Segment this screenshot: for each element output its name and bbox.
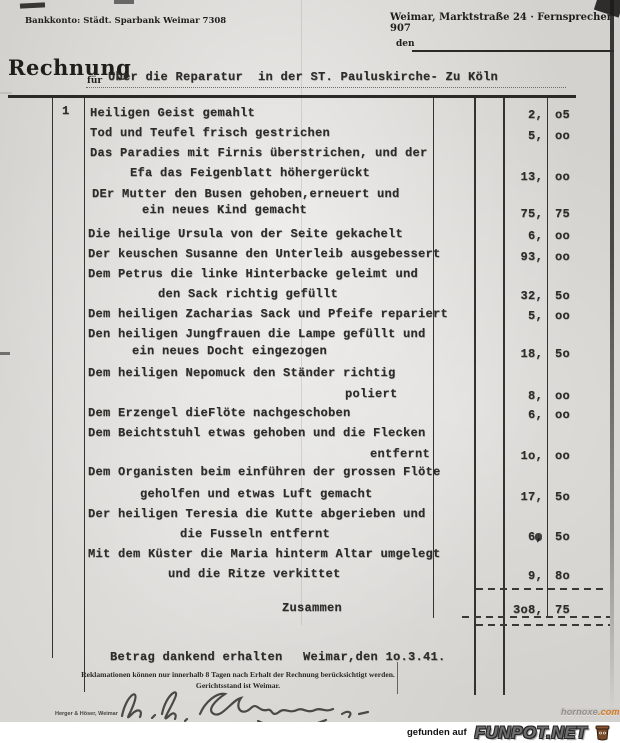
total-dashed-rule	[476, 624, 610, 626]
total-dashed-rule	[476, 588, 604, 590]
item-price-pfennig: oo	[555, 170, 591, 184]
scanned-invoice-page: Bankkonto: Städt. Sparbank Weimar 7308 W…	[0, 0, 620, 743]
item-price-mark: 5,	[479, 129, 543, 143]
scan-edge-shadow	[610, 0, 614, 712]
item-price-mark: 17,	[479, 490, 543, 504]
subject-underline	[86, 87, 566, 88]
item-line: Der heiligen Teresia die Kutte abgeriebe…	[88, 507, 426, 521]
item-line: Dem Petrus die linke Hinterbacke geleimt…	[88, 267, 418, 281]
item-line: poliert	[345, 387, 398, 401]
item-line: Das Paradies mit Firnis überstrichen, un…	[90, 146, 428, 160]
item-price-mark: 9,	[479, 569, 543, 583]
quantity-cell: 1	[62, 104, 70, 118]
item-price-pfennig: 5o	[555, 530, 591, 544]
item-line: die Fusseln entfernt	[180, 527, 330, 541]
item-price-pfennig: oo	[555, 229, 591, 243]
scan-fold-mark	[0, 352, 10, 355]
item-line: Die heilige Ursula von der Seite gekache…	[88, 227, 403, 241]
item-price-mark: 18,	[479, 347, 543, 361]
item-price-mark: 6,	[479, 530, 543, 544]
date-blank-line	[412, 50, 614, 52]
item-line: Efa das Feigenblatt höhergerückt	[130, 166, 370, 180]
table-column-rule	[474, 98, 476, 695]
scan-smudge-mark	[20, 2, 45, 8]
item-line: geholfen und etwas Luft gemacht	[140, 487, 373, 501]
table-column-rule	[547, 98, 548, 616]
item-price-mark: 2,	[479, 108, 543, 122]
table-column-rule	[52, 98, 53, 658]
item-line: Den heiligen Jungfrauen die Lampe gefüll…	[88, 327, 426, 341]
item-price-pfennig: o5	[555, 108, 591, 122]
printer-mark: Herger & Höser, Weimar	[55, 711, 118, 717]
item-price-mark: 32,	[479, 289, 543, 303]
item-line: und die Ritze verkittet	[168, 567, 341, 581]
item-line: Dem Beichtstuhl etwas gehoben und die Fl…	[88, 426, 426, 440]
funpot-mascot-icon	[595, 724, 610, 741]
paper-crease	[0, 92, 12, 94]
item-price-pfennig: oo	[555, 389, 591, 403]
item-price-pfennig: oo	[555, 250, 591, 264]
table-column-rule	[433, 98, 434, 618]
hornoxe-watermark: hornoxe.com	[561, 707, 620, 717]
date-label: den	[396, 39, 415, 49]
item-line: entfernt	[370, 447, 430, 461]
item-line: Tod und Teufel frisch gestrichen	[90, 126, 330, 140]
table-top-rule	[8, 95, 576, 98]
item-price-pfennig: oo	[555, 129, 591, 143]
item-price-mark: 6,	[479, 229, 543, 243]
scan-smudge-mark	[114, 0, 134, 4]
item-line: Dem Erzengel dieFlöte nachgeschoben	[88, 406, 351, 420]
item-price-pfennig: 5o	[555, 490, 591, 504]
funpot-logo: FUNPOT.NET	[475, 723, 587, 743]
item-price-pfennig: 5o	[555, 347, 591, 361]
place-date: Weimar,den 1o.3.41.	[303, 650, 446, 664]
item-line: ein neues Kind gemacht	[142, 203, 307, 217]
item-price-pfennig: oo	[555, 449, 591, 463]
item-price-pfennig: 5o	[555, 289, 591, 303]
item-price-mark: 5,	[479, 309, 543, 323]
received-note: Betrag dankend erhalten	[110, 650, 283, 664]
item-line: Heiligen Geist gemahlt	[90, 106, 255, 120]
total-dashed-rule	[462, 616, 610, 618]
hornoxe-tld: .com	[598, 707, 620, 717]
item-price-mark: 93,	[479, 250, 543, 264]
address-line: Weimar, Marktstraße 24 · Fernsprecher 90…	[390, 12, 620, 34]
item-price-mark: 75,	[479, 207, 543, 221]
item-line: Mit dem Küster die Maria hinterm Altar u…	[88, 547, 441, 561]
item-price-pfennig: oo	[555, 408, 591, 422]
item-line: Dem heiligen Nepomuck den Ständer richti…	[88, 366, 396, 380]
subject-text: Über die Reparatur in der ST. Pauluskirc…	[108, 70, 498, 84]
hornoxe-name: hornoxe	[561, 707, 598, 717]
item-price-mark: 13,	[479, 170, 543, 184]
item-line: ein neues Docht eingezogen	[132, 344, 327, 358]
total-label: Zusammen	[282, 601, 342, 615]
bank-account-line: Bankkonto: Städt. Sparbank Weimar 7308	[25, 16, 226, 26]
table-column-rule	[84, 98, 85, 692]
funpot-footer-strip: gefunden auf FUNPOT.NET	[0, 722, 620, 743]
item-price-mark: 1o,	[479, 449, 543, 463]
item-price-pfennig: 75	[555, 207, 591, 221]
item-price-mark: 6,	[479, 408, 543, 422]
subject-label: für	[87, 76, 102, 86]
item-price-pfennig: 8o	[555, 569, 591, 583]
item-line: Der keuschen Susanne den Unterleib ausge…	[88, 247, 441, 261]
item-line: DEr Mutter den Busen gehoben,erneuert un…	[92, 187, 400, 201]
item-line: Dem Organisten beim einführen der grosse…	[88, 465, 441, 479]
item-price-pfennig: oo	[555, 309, 591, 323]
total-pfennig: 75	[555, 603, 591, 617]
ink-blot	[535, 533, 542, 541]
item-price-mark: 8,	[479, 389, 543, 403]
item-line: den Sack richtig gefüllt	[158, 287, 338, 301]
terms-line-1: Reklamationen können nur innerhalb 8 Tag…	[78, 670, 398, 679]
found-on-label: gefunden auf	[407, 727, 467, 738]
total-mark: 3o8,	[479, 603, 543, 617]
item-line: Dem heiligen Zacharias Sack und Pfeife r…	[88, 307, 448, 321]
